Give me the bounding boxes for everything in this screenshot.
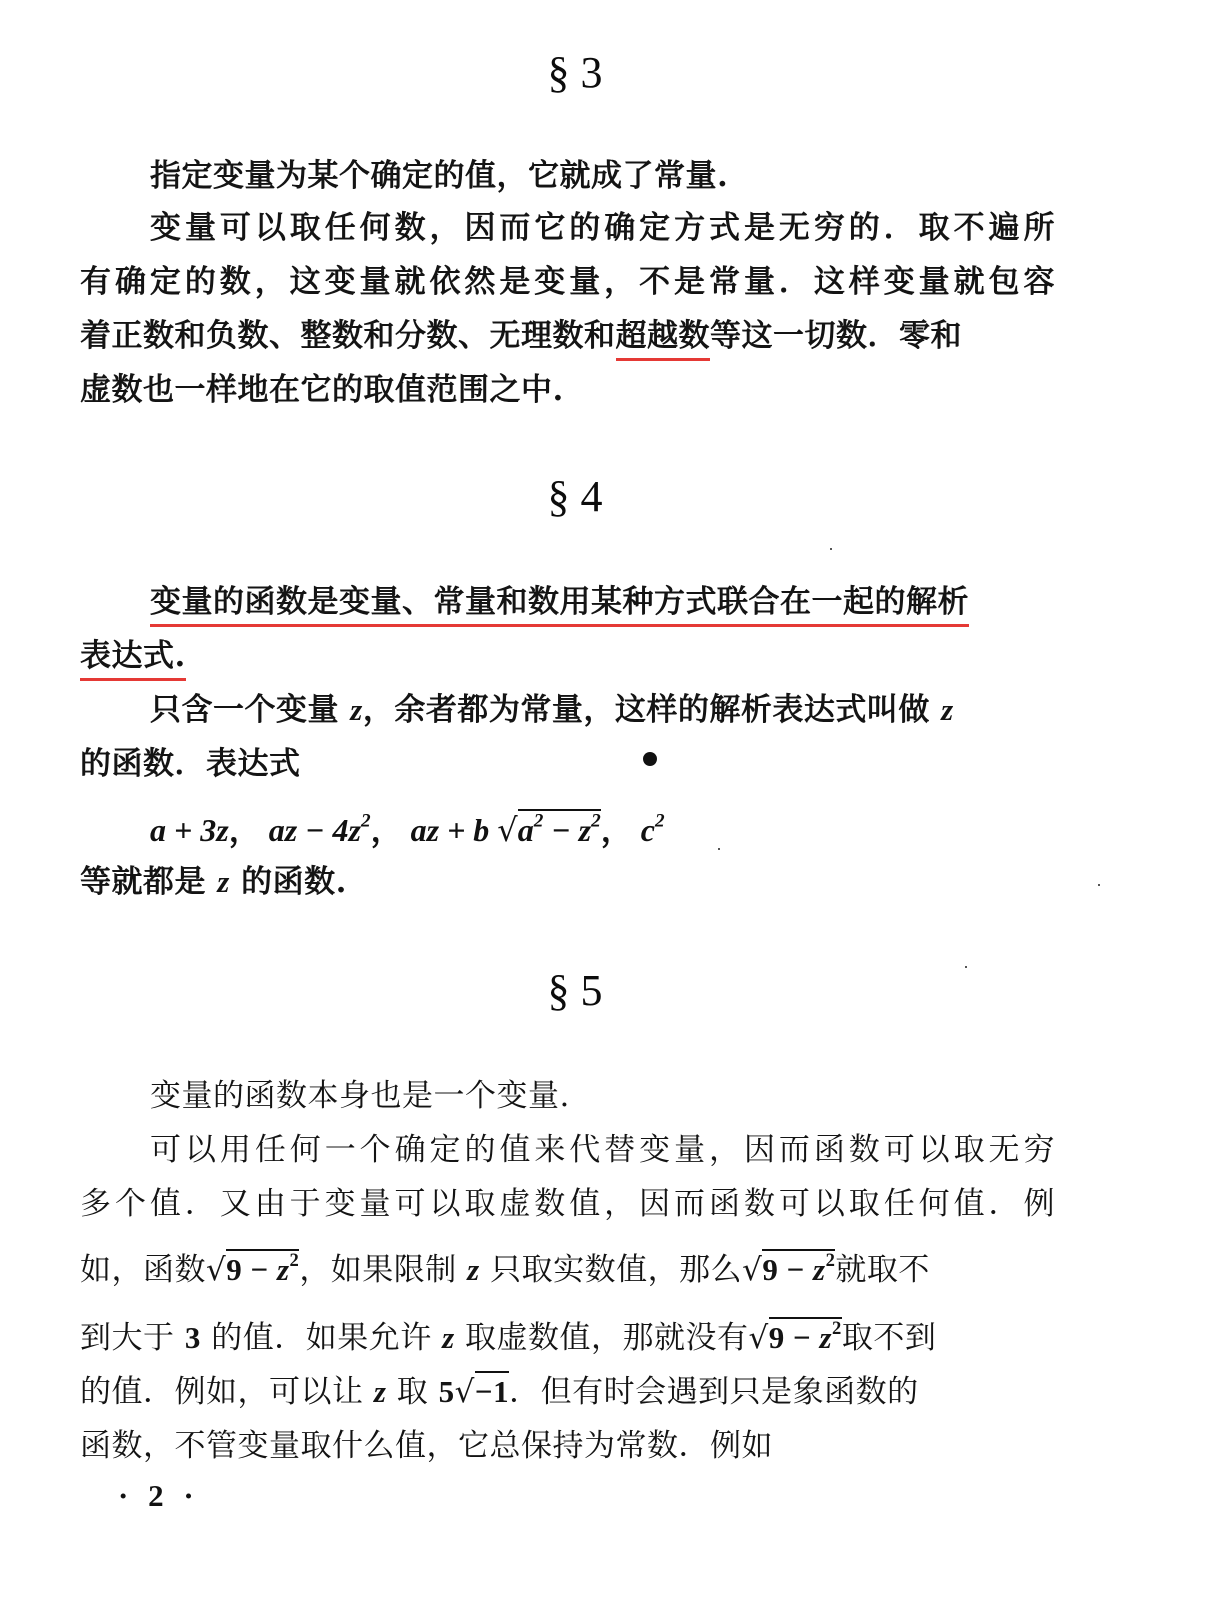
- paragraph-line: 变量的函数本身也是一个变量.: [150, 1076, 1055, 1116]
- paragraph-line: 指定变量为某个确定的值，它就成了常量.: [150, 156, 1055, 196]
- formula-list: a + 3z， az − 4z2， az + b √a2 − z2， c2: [150, 808, 665, 852]
- scan-speck: [830, 548, 832, 550]
- text-run: 等这一切数．零和: [710, 318, 962, 354]
- number: 5: [439, 1374, 455, 1409]
- sqrt-expression: √−1: [455, 1372, 509, 1412]
- text-run: 只取实数值，那么: [490, 1252, 742, 1288]
- text-run: ，如果限制: [299, 1252, 457, 1288]
- text-run: 的函数.: [241, 864, 347, 900]
- paragraph-line: 可以用任何一个确定的值来代替变量，因而函数可以取无穷: [150, 1130, 1055, 1170]
- text-run: 的值．如果允许: [211, 1320, 432, 1356]
- sqrt-expression: √9 − z2: [749, 1318, 842, 1358]
- formula-item: az + b √a2 − z2: [411, 812, 601, 848]
- sqrt-expression: √9 − z2: [206, 1250, 299, 1290]
- text-run: 取虚数值，那就没有: [465, 1320, 749, 1356]
- text-run: 等就都是: [80, 864, 206, 900]
- section-heading-5: § 5: [0, 966, 1150, 1016]
- paragraph-line: 如，函数√9 − z2，如果限制 z 只取实数值，那么√9 − z2就取不: [80, 1250, 1055, 1290]
- math-variable: z: [350, 692, 363, 727]
- math-variable: z: [217, 864, 230, 899]
- scan-artifact-dot: [643, 752, 657, 766]
- text-run: ．但有时会遇到只是象函数的: [509, 1374, 919, 1410]
- section-heading-3: § 3: [0, 48, 1150, 98]
- highlighted-definition: 变量的函数是变量、常量和数用某种方式联合在一起的解析: [150, 584, 969, 627]
- page-number: · 2 ·: [118, 1478, 200, 1514]
- paragraph-line: 有确定的数，这变量就依然是变量，不是常量．这样变量就包容: [80, 262, 1055, 302]
- math-variable: z: [442, 1320, 455, 1355]
- paragraph-line: 函数，不管变量取什么值，它总保持为常数．例如: [80, 1426, 1055, 1466]
- paragraph-line: 的函数．表达式: [80, 744, 1055, 784]
- sqrt-expression: √9 − z2: [742, 1250, 835, 1290]
- paragraph-line: 到大于 3 的值．如果允许 z 取虚数值，那就没有√9 − z2取不到: [80, 1318, 1055, 1358]
- highlighted-definition: 表达式.: [80, 638, 186, 681]
- math-variable: z: [467, 1252, 480, 1287]
- scan-speck: [718, 848, 720, 850]
- number: 3: [185, 1320, 201, 1355]
- math-variable: z: [374, 1374, 387, 1409]
- text-run: 取: [397, 1374, 429, 1410]
- paragraph-line: 着正数和负数、整数和分数、无理数和超越数等这一切数．零和: [80, 316, 1055, 356]
- section-heading-4: § 4: [0, 472, 1150, 522]
- text-run: 就取不: [835, 1252, 930, 1288]
- scan-speck: [1098, 884, 1100, 886]
- paragraph-line: 等就都是 z 的函数.: [80, 862, 1055, 902]
- highlighted-term: 超越数: [616, 318, 711, 361]
- definition-line: 表达式.: [80, 636, 1055, 676]
- text-run: 着正数和负数、整数和分数、无理数和: [80, 318, 616, 354]
- text-run: 取不到: [842, 1320, 937, 1356]
- formula-item: c2: [641, 812, 665, 848]
- formula-item: a + 3z: [150, 812, 229, 848]
- math-variable: z: [941, 692, 954, 727]
- scan-speck: [965, 966, 967, 968]
- text-run: ，余者都为常量，这样的解析表达式叫做: [363, 692, 930, 728]
- text-run: 的值．例如，可以让: [80, 1374, 364, 1410]
- text-run: 到大于: [80, 1320, 175, 1356]
- paragraph-line: 变量可以取任何数，因而它的确定方式是无穷的．取不遍所: [150, 208, 1055, 248]
- paragraph-line: 的值．例如，可以让 z 取 5√−1．但有时会遇到只是象函数的: [80, 1372, 1055, 1412]
- paragraph-line: 多个值．又由于变量可以取虚数值，因而函数可以取任何值．例: [80, 1184, 1055, 1224]
- formula-item: az − 4z2: [269, 812, 371, 848]
- text-run: 只含一个变量: [150, 692, 339, 728]
- paragraph-line: 只含一个变量 z，余者都为常量，这样的解析表达式叫做 z: [150, 690, 1055, 730]
- text-run: 如，函数: [80, 1252, 206, 1288]
- definition-line: 变量的函数是变量、常量和数用某种方式联合在一起的解析: [150, 582, 1055, 622]
- paragraph-line: 虚数也一样地在它的取值范围之中.: [80, 370, 1055, 410]
